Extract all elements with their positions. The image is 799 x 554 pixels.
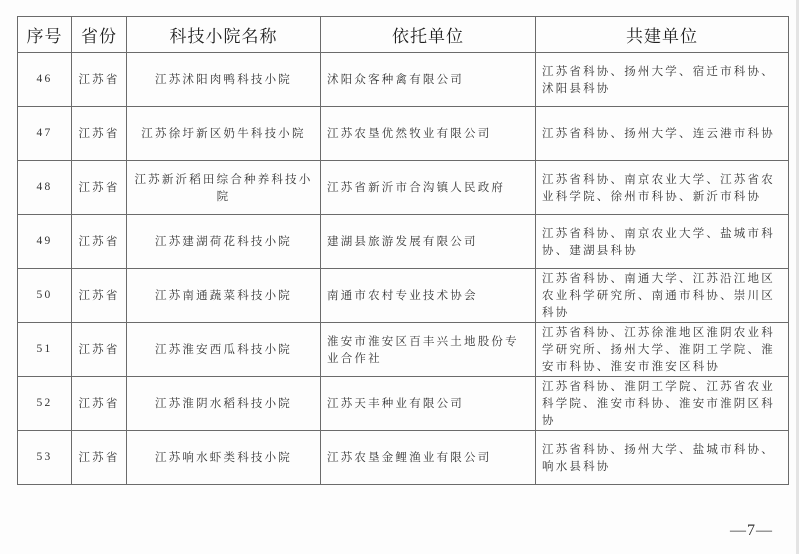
cell-host-unit: 南通市农村专业技术协会 <box>321 269 536 323</box>
cell-province: 江苏省 <box>72 269 127 323</box>
cell-serial-no: 51 <box>18 323 72 377</box>
table-row: 52 江苏省 江苏淮阴水稻科技小院 江苏天丰种业有限公司 江苏省科协、淮阴工学院… <box>18 377 789 431</box>
table-row: 53 江苏省 江苏响水虾类科技小院 江苏农垦金鲤渔业有限公司 江苏省科协、扬州大… <box>18 431 789 485</box>
cell-partner-units: 江苏省科协、江苏徐淮地区淮阴农业科学研究所、扬州大学、淮阴工学院、淮安市科协、淮… <box>536 323 789 377</box>
cell-serial-no: 53 <box>18 431 72 485</box>
cell-courtyard-name: 江苏沭阳肉鸭科技小院 <box>127 53 321 107</box>
cell-courtyard-name: 江苏新沂稻田综合种养科技小院 <box>127 161 321 215</box>
table-row: 48 江苏省 江苏新沂稻田综合种养科技小院 江苏省新沂市合沟镇人民政府 江苏省科… <box>18 161 789 215</box>
table-header-row: 序号 省份 科技小院名称 依托单位 共建单位 <box>18 17 789 53</box>
cell-partner-units: 江苏省科协、南京农业大学、江苏省农业科学院、徐州市科协、新沂市科协 <box>536 161 789 215</box>
cell-host-unit: 江苏天丰种业有限公司 <box>321 377 536 431</box>
cell-host-unit: 建湖县旅游发展有限公司 <box>321 215 536 269</box>
table-row: 49 江苏省 江苏建湖荷花科技小院 建湖县旅游发展有限公司 江苏省科协、南京农业… <box>18 215 789 269</box>
cell-province: 江苏省 <box>72 53 127 107</box>
cell-serial-no: 46 <box>18 53 72 107</box>
cell-courtyard-name: 江苏淮阴水稻科技小院 <box>127 377 321 431</box>
header-serial-no: 序号 <box>18 17 72 53</box>
cell-partner-units: 江苏省科协、扬州大学、宿迁市科协、沭阳县科协 <box>536 53 789 107</box>
cell-serial-no: 47 <box>18 107 72 161</box>
header-province: 省份 <box>72 17 127 53</box>
cell-courtyard-name: 江苏南通蔬菜科技小院 <box>127 269 321 323</box>
cell-province: 江苏省 <box>72 107 127 161</box>
cell-province: 江苏省 <box>72 377 127 431</box>
cell-host-unit: 江苏农垦金鲤渔业有限公司 <box>321 431 536 485</box>
cell-partner-units: 江苏省科协、淮阴工学院、江苏省农业科学院、淮安市科协、淮安市淮阴区科协 <box>536 377 789 431</box>
header-partner-units: 共建单位 <box>536 17 789 53</box>
science-courtyard-table: 序号 省份 科技小院名称 依托单位 共建单位 46 江苏省 江苏沭阳肉鸭科技小院… <box>17 16 789 485</box>
cell-host-unit: 江苏农垦优然牧业有限公司 <box>321 107 536 161</box>
cell-host-unit: 淮安市淮安区百丰兴土地股份专业合作社 <box>321 323 536 377</box>
cell-host-unit: 江苏省新沂市合沟镇人民政府 <box>321 161 536 215</box>
cell-serial-no: 52 <box>18 377 72 431</box>
cell-province: 江苏省 <box>72 323 127 377</box>
cell-serial-no: 50 <box>18 269 72 323</box>
cell-province: 江苏省 <box>72 215 127 269</box>
cell-host-unit: 沭阳众客种禽有限公司 <box>321 53 536 107</box>
cell-serial-no: 48 <box>18 161 72 215</box>
cell-courtyard-name: 江苏响水虾类科技小院 <box>127 431 321 485</box>
cell-partner-units: 江苏省科协、扬州大学、连云港市科协 <box>536 107 789 161</box>
table-row: 46 江苏省 江苏沭阳肉鸭科技小院 沭阳众客种禽有限公司 江苏省科协、扬州大学、… <box>18 53 789 107</box>
cell-courtyard-name: 江苏淮安西瓜科技小院 <box>127 323 321 377</box>
document-page: 序号 省份 科技小院名称 依托单位 共建单位 46 江苏省 江苏沭阳肉鸭科技小院… <box>0 0 799 554</box>
table-row: 51 江苏省 江苏淮安西瓜科技小院 淮安市淮安区百丰兴土地股份专业合作社 江苏省… <box>18 323 789 377</box>
table-row: 50 江苏省 江苏南通蔬菜科技小院 南通市农村专业技术协会 江苏省科协、南通大学… <box>18 269 789 323</box>
cell-courtyard-name: 江苏徐圩新区奶牛科技小院 <box>127 107 321 161</box>
cell-province: 江苏省 <box>72 161 127 215</box>
header-courtyard-name: 科技小院名称 <box>127 17 321 53</box>
cell-province: 江苏省 <box>72 431 127 485</box>
cell-partner-units: 江苏省科协、南京农业大学、盐城市科协、建湖县科协 <box>536 215 789 269</box>
header-host-unit: 依托单位 <box>321 17 536 53</box>
cell-courtyard-name: 江苏建湖荷花科技小院 <box>127 215 321 269</box>
cell-partner-units: 江苏省科协、扬州大学、盐城市科协、响水县科协 <box>536 431 789 485</box>
cell-partner-units: 江苏省科协、南通大学、江苏沿江地区农业科学研究所、南通市科协、崇川区科协 <box>536 269 789 323</box>
table-row: 47 江苏省 江苏徐圩新区奶牛科技小院 江苏农垦优然牧业有限公司 江苏省科协、扬… <box>18 107 789 161</box>
page-number: —7— <box>730 522 773 540</box>
cell-serial-no: 49 <box>18 215 72 269</box>
